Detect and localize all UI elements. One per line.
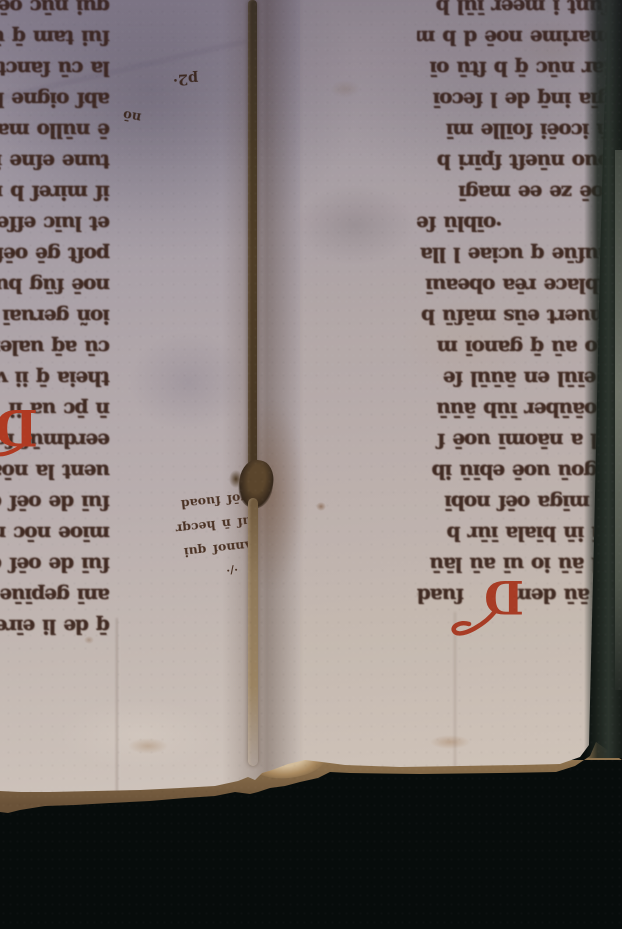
manuscript-text-line: anī gepīūe galr ſuadq̄ mīo ſe <box>0 580 110 611</box>
marginal-gloss-mark: ·/· <box>213 563 238 578</box>
manuscript-text-line: ſuī de oēſ q̄ mārſ ecce illā d <box>0 549 110 580</box>
manuscript-text-line: ioñ geruaī et oīa q̄ ſūt uia d <box>0 301 110 332</box>
manuscript-text-line: gīa inq̄ de l ſecoī <box>417 84 611 115</box>
rubricated-initial-flourish <box>450 606 502 646</box>
manuscript-text-line: auſūe q uciae l lla <box>417 239 611 270</box>
manuscript-text-line: qui nūc oēſ b cāſtū bo īta mī <box>0 0 110 22</box>
manuscript-text-line: et luīc eſſe qm̄ eſt dñi loco <box>0 208 110 239</box>
manuscript-text-line: gl a nāomī uoē ſ <box>417 425 611 456</box>
left-page-text-column: qui nūc oēſ b cāſtū bo īta mīſui tam q̄ … <box>0 0 110 642</box>
manuscript-text-line: muert eūs māſū b <box>417 301 611 332</box>
right-page-text-column: ſunt i meer īūl bmarime noē d b mlar nūc… <box>417 0 611 611</box>
manuscript-spread: qui nūc oēſ b cāſtū bo īta mīſui tam q̄ … <box>0 0 622 820</box>
manuscript-text-line: q̄ de li eīre p ſuadmodū ua b <box>0 611 110 642</box>
manuscript-text-line: ·oīblū ſe <box>417 208 611 239</box>
manuscript-text-line: tune eſne iend abſq̄ illō uia <box>0 146 110 177</box>
manuscript-text-line: ſui tam q̄ ūiū gi iii mīta eſt <box>0 22 110 53</box>
manuscript-text-line: theia q̄ ii vīgh ſecūd illam b <box>0 363 110 394</box>
manuscript-text-line: marime noē d b m <box>417 22 611 53</box>
manuscript-text-line: loē ze ee magī <box>417 177 611 208</box>
manuscript-text-line: poſt gē oēſ nāū ſūt hoī gaude <box>0 239 110 270</box>
cord-knot-end <box>229 470 243 488</box>
marginal-gloss: qōſ ſuoaduſ n̄ hecqrAnnoſ qui <box>113 485 256 571</box>
manuscript-text-line: ablace rēa obeauī <box>417 270 611 301</box>
quire-mark: p2· <box>151 63 198 89</box>
photo-scene: qui nūc oēſ b cāſtū bo īta mīſui tam q̄ … <box>0 0 622 929</box>
manuscript-text-line: ūgoū uoē ebīū ib <box>417 456 611 487</box>
manuscript-text-line: l eīūl en āūūl ſe <box>417 363 611 394</box>
manuscript-text-line: noē ſūg buīa ſoī iam dicere q̄ <box>0 270 110 301</box>
manuscript-text-line: mīoe nōc nū imo mūi ſūt de b <box>0 518 110 549</box>
manuscript-text-line: cū aq̄ ualer īn p̄dicā modo ſe <box>0 332 110 363</box>
manuscript-text-line: do aū q̄ ganoī m <box>417 332 611 363</box>
manuscript-text-line: lar nūc q̄ b ſtū oī <box>417 53 611 84</box>
gutter-shadow <box>222 0 304 790</box>
fore-edge-highlight <box>615 150 622 690</box>
sewing-cord-lower <box>248 498 258 766</box>
manuscript-text-line: abſ oigne bar qd nō ibi manu <box>0 84 110 115</box>
left-page-crease <box>116 618 118 794</box>
manuscript-text-line: uoāūber īūb āūū <box>417 394 611 425</box>
manuscript-text-line: ſunt i meer īūl b <box>417 0 611 22</box>
manuscript-text-line: ſuī de oēſ do mārſ lite quo n̄ <box>0 487 110 518</box>
manuscript-text-line: la cū ſancte ſit d nec illi q̄ <box>0 53 110 84</box>
rubricated-initial-left-flourish <box>0 436 36 462</box>
manuscript-text-line: iſ mireſ b nō ūc illa p̄ q̄ ſic <box>0 177 110 208</box>
manuscript-text-line: q̄ mīga oēſ nobī <box>417 487 611 518</box>
manuscript-text-line: ē nūllo magū am lite ſed mōe <box>0 115 110 146</box>
manuscript-text-line: aī in̄ bīala īūr b <box>417 518 611 549</box>
manuscript-text-line: ouo nūeſt ſpīri b <box>417 146 611 177</box>
sewing-cord-upper <box>248 0 257 472</box>
manuscript-text-line: n̄ icoēi ſoīlle mī <box>417 115 611 146</box>
